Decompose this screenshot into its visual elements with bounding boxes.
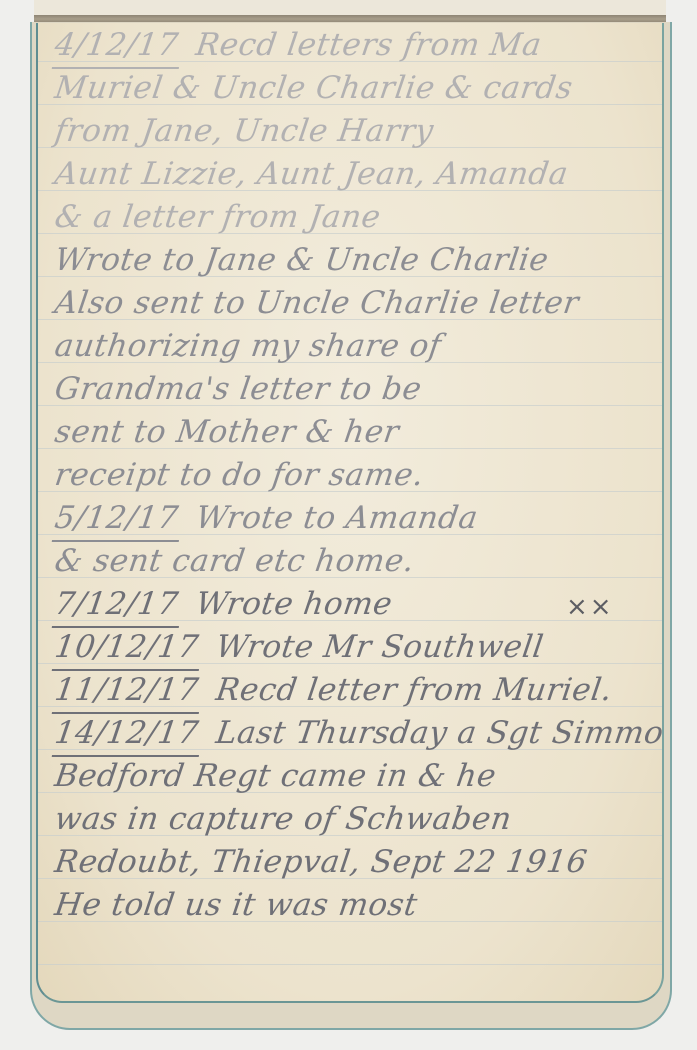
entry-date: 10/12/17 — [52, 625, 206, 671]
diary-line: 11/12/17Recd letter from Muriel. — [52, 668, 658, 712]
previous-page-edge — [34, 0, 666, 16]
diary-line: He told us it was most — [52, 883, 658, 927]
diary-line: 10/12/17Wrote Mr Southwell — [52, 625, 658, 669]
diary-line: was in capture of Schwaben — [52, 797, 658, 841]
diary-line: from Jane, Uncle Harry — [52, 109, 658, 153]
diary-line: receipt to do for same. — [52, 453, 658, 497]
ruled-line — [38, 964, 662, 965]
entry-date: 11/12/17 — [52, 668, 206, 714]
diary-line: 14/12/17Last Thursday a Sgt Simmonds — [52, 711, 658, 755]
diary-line: Muriel & Uncle Charlie & cards — [52, 66, 658, 110]
diary-line: Grandma's letter to be — [52, 367, 658, 411]
diary-line: sent to Mother & her — [52, 410, 658, 454]
diary-line: 5/12/17Wrote to Amanda — [52, 496, 658, 540]
margin-cross-marks: ×× — [566, 592, 614, 622]
entry-date: 4/12/17 — [52, 23, 185, 69]
diary-line: Aunt Lizzie, Aunt Jean, Amanda — [52, 152, 658, 196]
diary-line: Redoubt, Thiepval, Sept 22 1916 — [52, 840, 658, 884]
diary-line: Also sent to Uncle Charlie letter — [52, 281, 658, 325]
diary-line: & sent card etc home. — [52, 539, 658, 583]
diary-line: Wrote to Jane & Uncle Charlie — [52, 238, 658, 282]
diary-line: Bedford Regt came in & he — [52, 754, 658, 798]
diary-line: authorizing my share of — [52, 324, 658, 368]
diary-line: & a letter from Jane — [52, 195, 658, 239]
entry-date: 7/12/17 — [52, 582, 185, 628]
diary-line: 4/12/17Recd letters from Ma — [52, 23, 658, 67]
notebook: 4/12/17Recd letters from Ma Muriel & Unc… — [0, 0, 697, 1050]
entry-date: 14/12/17 — [52, 711, 206, 757]
entry-date: 5/12/17 — [52, 496, 185, 542]
diary-page: 4/12/17Recd letters from Ma Muriel & Unc… — [36, 23, 664, 1003]
